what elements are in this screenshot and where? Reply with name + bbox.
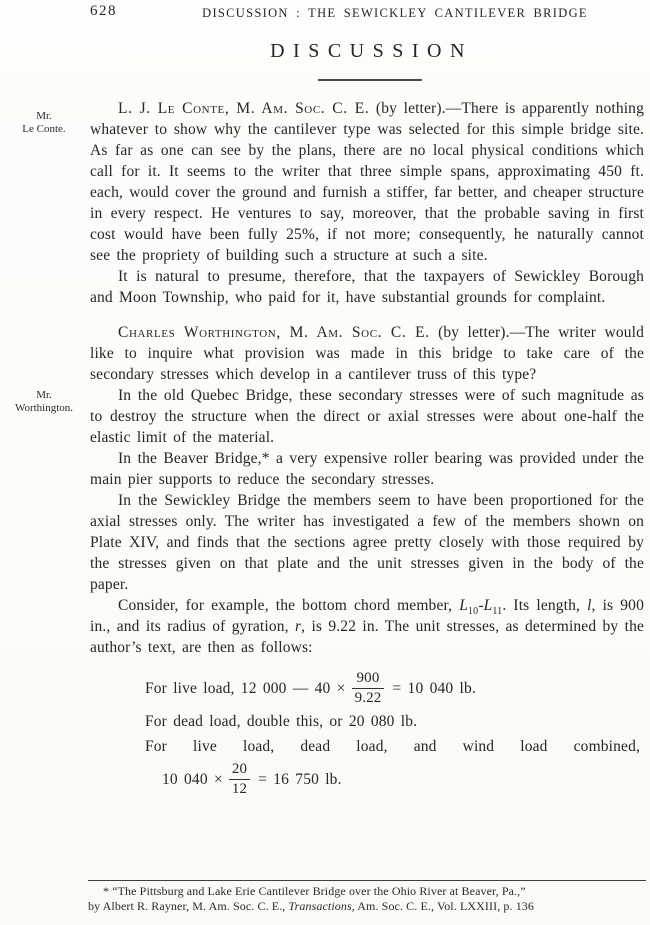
- fraction-denominator: 12: [229, 780, 250, 798]
- margin-note-line: Le Conte.: [22, 123, 65, 135]
- fraction: 9009.22: [352, 670, 385, 707]
- text-segment: . Its length,: [502, 597, 587, 614]
- paragraph-le-conte: L. J. Le Conte, M. Am. Soc. C. E. (by le…: [90, 98, 644, 266]
- text-segment: by Albert R. Rayner, M. Am. Soc. C. E.,: [88, 899, 289, 913]
- fraction: 2012: [229, 761, 250, 798]
- fraction-denominator: 9.22: [352, 689, 385, 707]
- footnote-line-1: * “The Pittsburg and Lake Erie Cantileve…: [88, 884, 646, 899]
- paragraph-quebec-bridge: In the old Quebec Bridge, these secondar…: [90, 385, 644, 448]
- speaker-name: L. J. Le Conte, M. Am. Soc. C. E.: [118, 100, 369, 117]
- margin-note-line: Mr.: [36, 389, 52, 401]
- page-number: 628: [90, 3, 117, 20]
- paragraph-worthington: Charles Worthington, M. Am. Soc. C. E. (…: [90, 322, 644, 385]
- equation-dead-load: For dead load, double this, or 20 080 lb…: [90, 711, 644, 732]
- math-subscript: 11: [492, 606, 502, 617]
- running-head: DISCUSSION : THE SEWICKLEY CANTILEVER BR…: [150, 6, 640, 21]
- text-segment: Consider, for example, the bottom chord …: [118, 597, 459, 614]
- paragraph-bottom-chord: Consider, for example, the bottom chord …: [90, 595, 644, 658]
- title-rule: [318, 79, 422, 81]
- paragraph-beaver-bridge: In the Beaver Bridge,* a very expensive …: [90, 448, 644, 490]
- scanned-page: 628 DISCUSSION : THE SEWICKLEY CANTILEVE…: [0, 0, 650, 925]
- paragraph-sewickley-bridge: In the Sewickley Bridge the members seem…: [90, 490, 644, 595]
- paragraph-taxpayers: It is natural to presume, therefore, tha…: [90, 266, 644, 308]
- margin-note-le-conte: Mr.Le Conte.: [0, 110, 88, 135]
- footnote-journal-title: Transactions: [289, 899, 352, 913]
- footnote: * “The Pittsburg and Lake Erie Cantileve…: [88, 880, 646, 914]
- equation-combined: 10 040 ×2012= 16 750 lb.: [90, 761, 644, 798]
- discussion-body: L. J. Le Conte, M. Am. Soc. C. E. (by le…: [90, 98, 644, 798]
- equations-block: For live load, 12 000 — 40 ×9009.22= 10 …: [90, 670, 644, 798]
- footnote-line-2: by Albert R. Rayner, M. Am. Soc. C. E., …: [88, 899, 646, 914]
- fraction-numerator: 900: [352, 670, 385, 689]
- equation-live-load: For live load, 12 000 — 40 ×9009.22= 10 …: [90, 670, 644, 707]
- speaker-name: Charles Worthington, M. Am. Soc. C. E.: [118, 324, 430, 341]
- equation-result: = 10 040 lb.: [392, 678, 475, 699]
- margin-note-worthington: Mr.Worthington.: [0, 389, 88, 414]
- equation-combined-intro: For live load, dead load, and wind load …: [90, 736, 644, 757]
- math-subscript: 10: [468, 606, 478, 617]
- math-variable: L: [459, 597, 468, 614]
- margin-note-line: Mr.: [36, 110, 52, 122]
- text-segment: , Am. Soc. C. E., Vol. LXXIII, p. 136: [352, 899, 534, 913]
- page-header: 628 DISCUSSION : THE SEWICKLEY CANTILEVE…: [0, 0, 650, 26]
- section-title: DISCUSSION: [90, 40, 645, 63]
- footnote-rule: [88, 880, 646, 881]
- text-segment: (by letter).—There is apparently nothing…: [90, 100, 644, 264]
- margin-note-line: Worthington.: [15, 402, 73, 414]
- fraction-numerator: 20: [229, 761, 250, 780]
- equation-text: For live load, 12 000 — 40 ×: [145, 678, 346, 699]
- equation-text: 10 040 ×: [162, 769, 223, 790]
- equation-result: = 16 750 lb.: [258, 769, 341, 790]
